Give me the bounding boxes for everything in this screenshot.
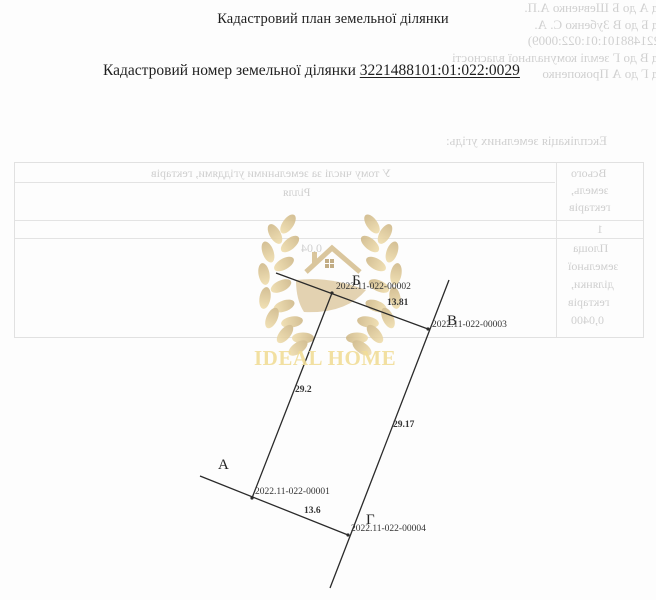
point-code-a: 2022.11-022-00001 [255,487,330,497]
vertex-g [346,533,349,536]
segment-length-ga: 13.6 [304,506,321,516]
vertex-b [330,291,333,294]
cadastral-plan-page: Від А до Б Шевченко А.П. Від Б до В Зубе… [0,0,656,600]
segment-length-bv: 13.81 [387,298,409,308]
vertex-v [426,327,429,330]
segment-length-vg: 29.17 [393,420,415,430]
point-code-v: 2022.11-022-00003 [432,320,507,330]
watermark-text: IDEAL HOME [254,346,396,371]
plot-boundary [200,273,449,588]
vertex-a [250,496,253,499]
point-code-g: 2022.11-022-00004 [351,524,426,534]
segment-length-ab: 29.2 [295,385,312,395]
point-label-a: А [218,457,229,473]
boundary-line-bottom [200,476,348,535]
point-code-b: 2022.11-022-00002 [336,282,411,292]
plan-drawing: А Б В Г 2022.11-022-00001 2022.11-022-00… [0,0,656,600]
boundary-vertices [250,291,429,536]
